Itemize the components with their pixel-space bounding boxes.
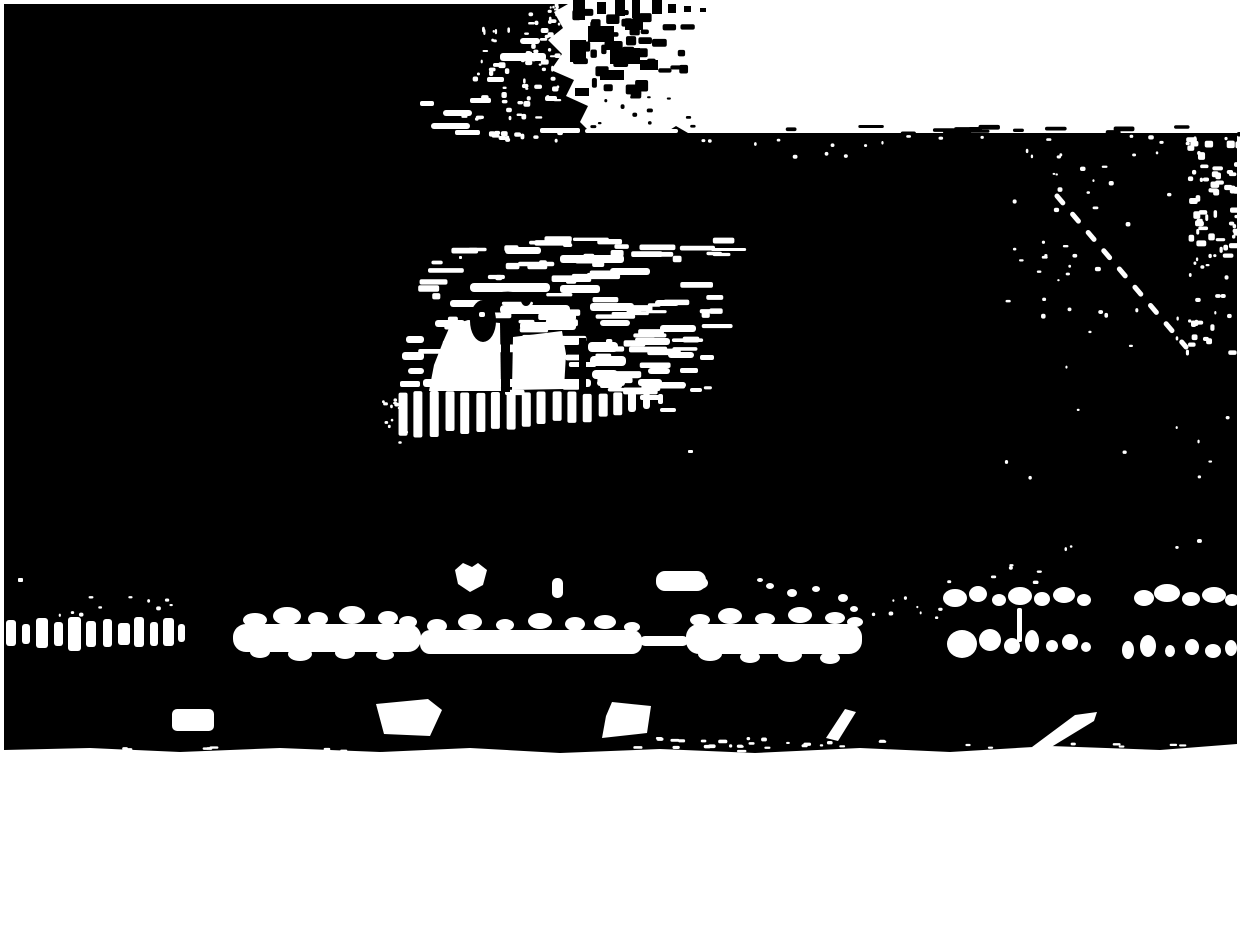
lane-marker-2 bbox=[376, 699, 442, 736]
binarized-photo bbox=[0, 0, 1240, 926]
lamp-head-highlight bbox=[479, 312, 485, 317]
lane-marker-1 bbox=[172, 709, 214, 731]
page-background bbox=[0, 0, 1240, 926]
